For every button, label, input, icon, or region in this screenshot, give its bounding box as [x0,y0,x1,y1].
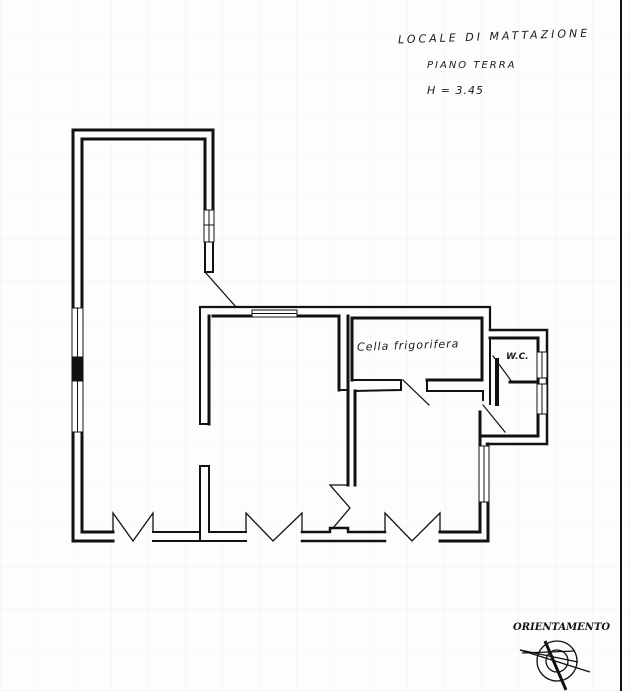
door-swing [403,380,429,405]
window-hall-right [204,210,214,242]
sheet-border [620,0,622,691]
window-hall-left [72,308,83,432]
window-top [252,310,297,317]
door-hall [113,513,153,541]
drawing-sheet: LOCALE DI MATTAZIONE PIANO TERRA H = 3.4… [0,0,630,691]
orientation-label: ORIENTAMENTO [513,622,610,633]
door-internal [330,485,350,528]
right-room-walls [440,436,489,541]
floor-plan [0,0,630,691]
compass-rose-icon [520,641,590,690]
door-swing [205,272,236,307]
door-right [385,513,440,541]
hall-walls [73,130,213,541]
bottom-walls [153,528,385,541]
cold-room-walls [352,318,483,405]
door-middle [246,513,302,541]
room-label-wc: W.C. [506,352,529,362]
door-swing [483,405,505,432]
wc-walls [480,330,547,444]
